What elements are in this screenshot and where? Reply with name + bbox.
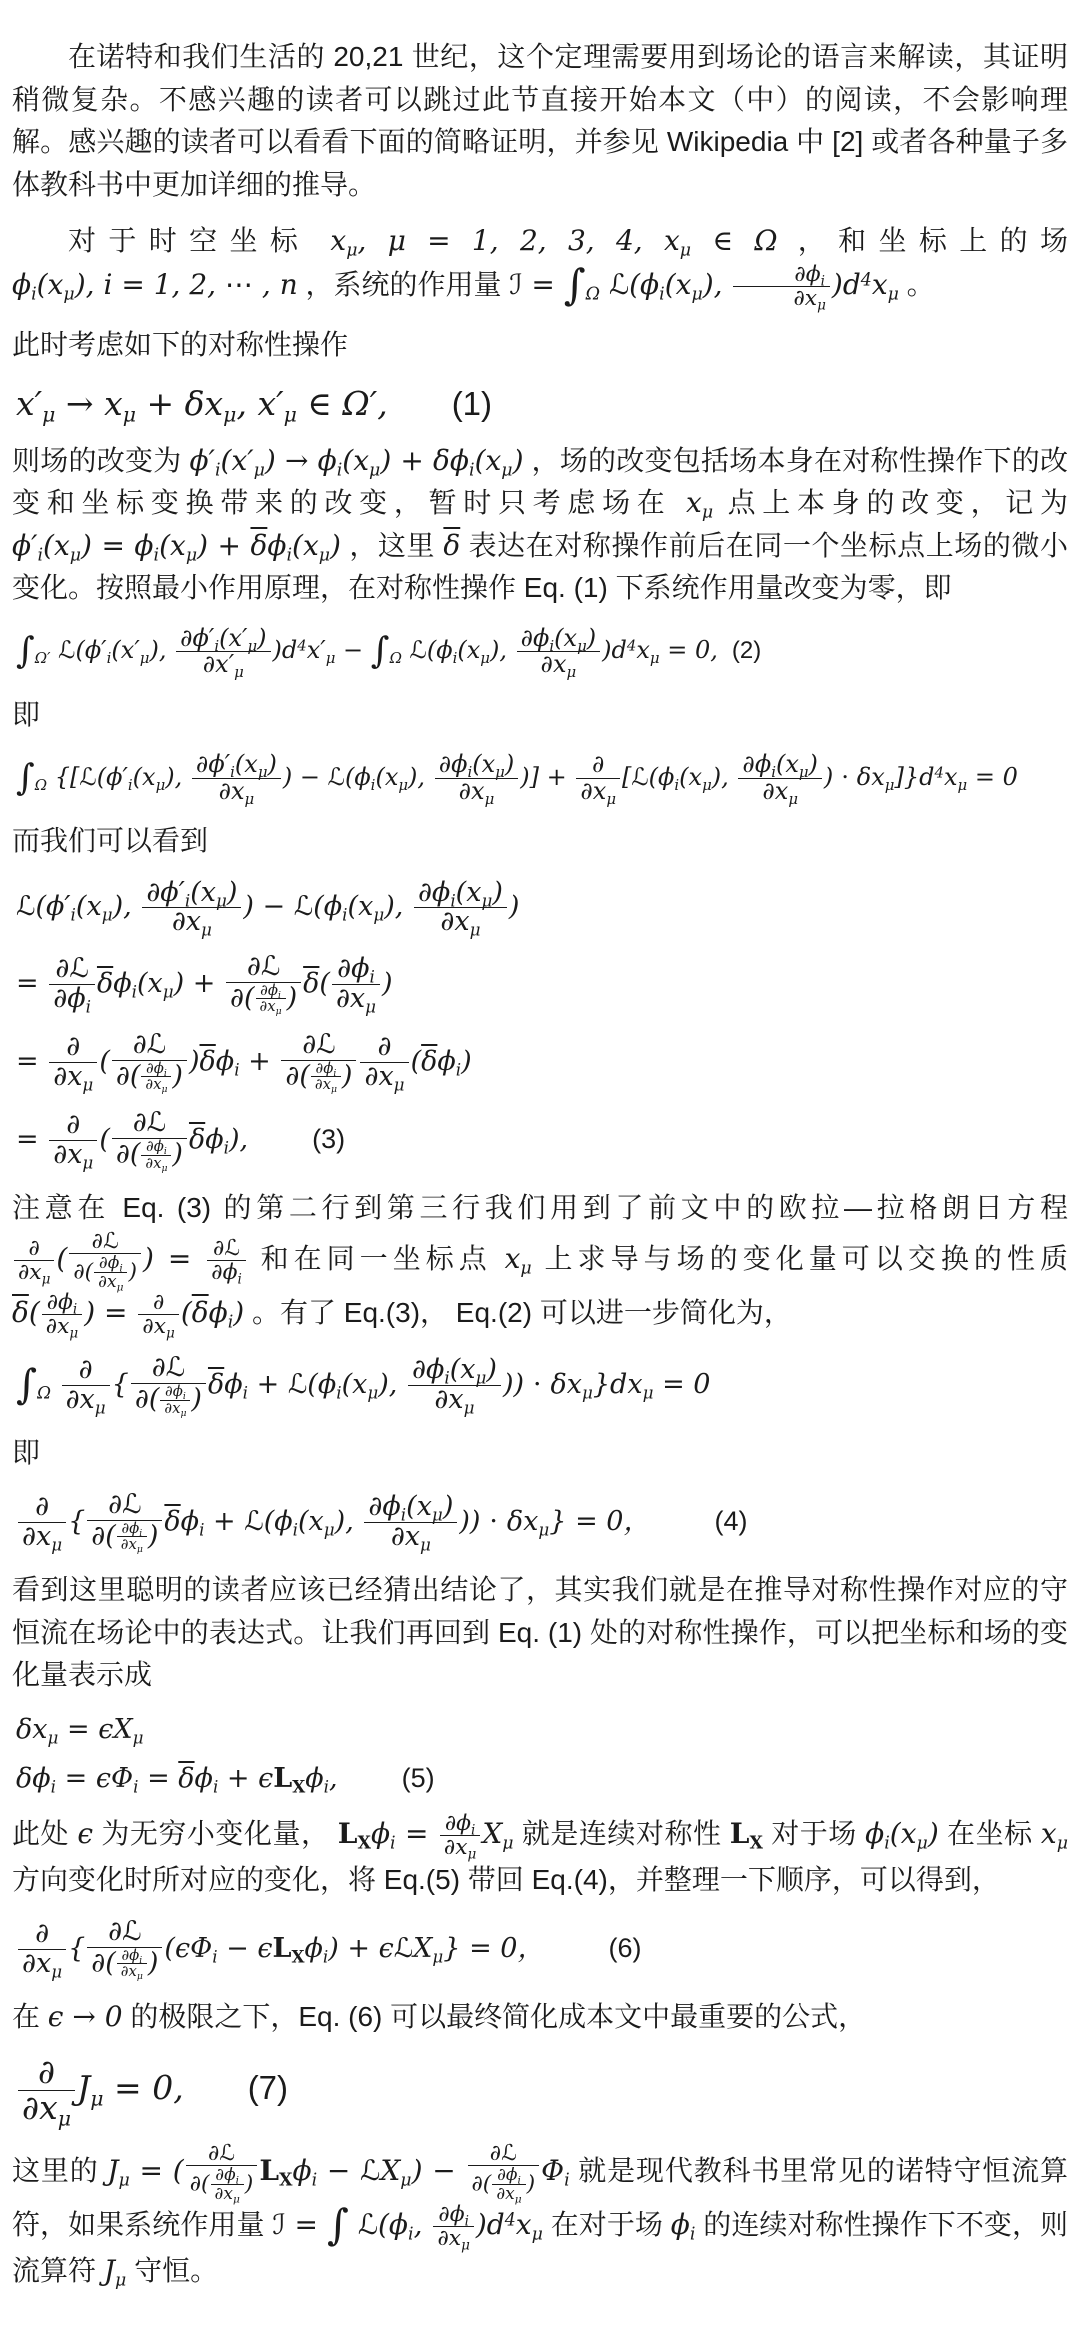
text-run: 这里的	[12, 2155, 107, 2186]
display-equation: ∫Ω {[ℒ(ϕ′i(xμ), ∂ϕ′i(xμ)∂xμ) − ℒ(ϕi(xμ),…	[12, 752, 1068, 804]
paragraph: 注意在 Eq. (3) 的第二行到第三行我们用到了前文中的欧拉—拉格朗日方程 ∂…	[12, 1187, 1068, 1338]
text-run: 。有了 Eq.(3)， Eq.(2) 可以进一步简化为，	[244, 1297, 792, 1328]
equation-number: (3)	[312, 1124, 345, 1154]
display-equation: ∂∂xμ{∂ℒ∂(∂ϕi∂xμ)(ϵΦi − ϵLXϕi) + ϵℒXμ} = …	[12, 1918, 1068, 1980]
equation-line: ∫Ω ∂∂xμ{∂ℒ∂(∂ϕi∂xμ)δϕi + ℒ(ϕi(xμ), ∂ϕi(x…	[12, 1354, 1068, 1416]
inline-math: ϕi(xμ), i = 1, 2, ⋯ , n	[12, 268, 298, 301]
equation-number: (7)	[248, 2069, 288, 2106]
text-run: 和在同一坐标点	[248, 1243, 505, 1274]
text-run: ，和坐标上的场	[778, 225, 1068, 256]
inline-math: ϕ′i(x′μ) → ϕi(xμ) + δϕi(xμ)	[190, 444, 524, 477]
paragraph: 此处 ϵ 为无穷小变化量， LXϕi = ∂ϕi∂xμXμ 就是连续对称性 LX…	[12, 1812, 1068, 1902]
equation-line: ∫Ω {[ℒ(ϕ′i(xμ), ∂ϕ′i(xμ)∂xμ) − ℒ(ϕi(xμ),…	[12, 752, 1068, 804]
paragraph: 即	[12, 1432, 1068, 1475]
text-run: 在	[12, 2001, 48, 2032]
text-run: 对于场	[763, 1818, 865, 1849]
equation-number: (1)	[452, 385, 492, 422]
text-run: 此处	[12, 1818, 77, 1849]
text-run: 在对于场	[543, 2209, 671, 2240]
equation-line: δxμ = ϵXμ	[12, 1713, 1068, 1747]
inline-math: ∫Ω {[ℒ(ϕ′i(xμ), ∂ϕ′i(xμ)∂xμ) − ℒ(ϕi(xμ),…	[16, 763, 1018, 791]
text-run: ，这里	[341, 530, 443, 561]
equation-line: ∂∂xμ{∂ℒ∂(∂ϕi∂xμ)δϕi + ℒ(ϕi(xμ), ∂ϕi(xμ)∂…	[12, 1491, 1068, 1553]
text-run: 上求导与场的变化量可以交换的性质	[532, 1243, 1068, 1274]
text-run: 注意在 Eq. (3) 的第二行到第三行我们用到了前文中的欧拉—拉格朗日方程	[12, 1192, 1068, 1223]
text-run: 此时考虑如下的对称性操作	[12, 329, 348, 360]
paragraph: 这里的 Jμ = (∂ℒ∂(∂ϕi∂xμ)LXϕi − ℒXμ) − ∂ℒ∂(∂…	[12, 2142, 1068, 2293]
text-run: 看到这里聪明的读者应该已经猜出结论了，其实我们就是在推导对称性操作对应的守恒流在…	[12, 1574, 1068, 1690]
display-equation: ∫Ω ∂∂xμ{∂ℒ∂(∂ϕi∂xμ)δϕi + ℒ(ϕi(xμ), ∂ϕi(x…	[12, 1354, 1068, 1416]
inline-math: xμ	[1041, 1817, 1068, 1850]
text-run: 即	[12, 1437, 40, 1468]
text-run: 对于时空坐标	[68, 225, 330, 256]
text-run: 就是连续对称性	[514, 1818, 730, 1849]
inline-math: ∫Ω ∂∂xμ{∂ℒ∂(∂ϕi∂xμ)δϕi + ℒ(ϕi(xμ), ∂ϕi(x…	[16, 1369, 710, 1400]
text-run: 方向变化时所对应的变化，将 Eq.(5) 带回 Eq.(4)，并整理一下顺序，可…	[12, 1864, 1000, 1895]
paragraph: 在诺特和我们生活的 20,21 世纪，这个定理需要用到场论的语言来解读，其证明稍…	[12, 36, 1068, 206]
paragraph: 此时考虑如下的对称性操作	[12, 324, 1068, 367]
inline-math: x′μ → xμ + δxμ, x′μ ∈ Ω′,	[16, 384, 388, 423]
inline-math: ∂∂xμ{∂ℒ∂(∂ϕi∂xμ)δϕi + ℒ(ϕi(xμ), ∂ϕi(xμ)∂…	[16, 1506, 650, 1537]
text-run: 。	[899, 269, 935, 300]
inline-math: xμ	[686, 486, 713, 519]
inline-math: Jμ	[104, 2254, 127, 2287]
inline-math: ℒ(ϕ′i(xμ), ∂ϕ′i(xμ)∂xμ) − ℒ(ϕi(xμ), ∂ϕi(…	[16, 891, 519, 922]
inline-math: LX	[730, 1817, 763, 1850]
inline-math: ∂∂xμ{∂ℒ∂(∂ϕi∂xμ)(ϵΦi − ϵLXϕi) + ϵℒXμ} = …	[16, 1933, 544, 1964]
equation-line: δϕi = ϵΦi = δϕi + ϵLXϕi,(5)	[12, 1762, 1068, 1796]
text-run: 守恒。	[126, 2255, 218, 2286]
text-run: 为无穷小变化量，	[93, 1818, 338, 1849]
inline-math: δ(∂ϕi∂xμ) = ∂∂xμ(δϕi)	[12, 1296, 244, 1329]
article-body: 在诺特和我们生活的 20,21 世纪，这个定理需要用到场论的语言来解读，其证明稍…	[12, 36, 1068, 2293]
inline-math: = ∂ℒ∂ϕiδϕi(xμ) + ∂ℒ∂(∂ϕi∂xμ)δ(∂ϕi∂xμ)	[16, 968, 393, 999]
equation-line: x′μ → xμ + δxμ, x′μ ∈ Ω′,(1)	[12, 383, 1068, 424]
display-equation: x′μ → xμ + δxμ, x′μ ∈ Ω′,(1)	[12, 383, 1068, 424]
paragraph: 看到这里聪明的读者应该已经猜出结论了，其实我们就是在推导对称性操作对应的守恒流在…	[12, 1569, 1068, 1697]
equation-line: = ∂∂xμ(∂ℒ∂(∂ϕi∂xμ))δϕi + ∂ℒ∂(∂ϕi∂xμ)∂∂xμ…	[12, 1031, 1068, 1093]
text-run: 则场的改变为	[12, 445, 190, 476]
inline-math: ℐ = ∫Ω ℒ(ϕi(xμ), ∂ϕi∂xμ)d4xμ	[509, 268, 899, 301]
inline-math: xμ, μ = 1, 2, 3, 4, xμ ∈ Ω	[330, 224, 777, 257]
inline-math: = ∂∂xμ(∂ℒ∂(∂ϕi∂xμ))δϕi + ∂ℒ∂(∂ϕi∂xμ)∂∂xμ…	[16, 1046, 472, 1077]
inline-math: Jμ = (∂ℒ∂(∂ϕi∂xμ)LXϕi − ℒXμ) − ∂ℒ∂(∂ϕi∂x…	[107, 2154, 569, 2187]
inline-math: = ∂∂xμ(∂ℒ∂(∂ϕi∂xμ)δϕi),	[16, 1124, 248, 1155]
text-run: 在诺特和我们生活的 20,21 世纪，这个定理需要用到场论的语言来解读，其证明稍…	[12, 41, 1068, 200]
equation-group: ℒ(ϕ′i(xμ), ∂ϕ′i(xμ)∂xμ) − ℒ(ϕi(xμ), ∂ϕi(…	[12, 879, 1068, 1171]
text-run: 点上本身的改变，记为	[713, 487, 1068, 518]
paragraph: 即	[12, 694, 1068, 737]
text-run: 在坐标	[939, 1818, 1041, 1849]
inline-math: ℐ = ∫ ℒ(ϕi, ∂ϕi∂xμ)d4xμ	[272, 2208, 542, 2241]
article-page: 在诺特和我们生活的 20,21 世纪，这个定理需要用到场论的语言来解读，其证明稍…	[0, 0, 1080, 2347]
inline-math: ∫Ω′ ℒ(ϕ′i(x′μ), ∂ϕ′i(x′μ)∂x′μ)d4x′μ − ∫Ω…	[16, 636, 718, 664]
text-run: 即	[12, 699, 40, 730]
inline-math: ϕ′i(xμ) = ϕi(xμ) + δϕi(xμ)	[12, 529, 341, 562]
inline-math: ϵ	[77, 1817, 93, 1850]
inline-math: ∂∂xμ(∂ℒ∂(∂ϕi∂xμ)) = ∂ℒ∂ϕi	[12, 1242, 248, 1275]
paragraph: 对于时空坐标 xμ, μ = 1, 2, 3, 4, xμ ∈ Ω ，和坐标上的…	[12, 220, 1068, 310]
inline-math: LXϕi = ∂ϕi∂xμXμ	[338, 1817, 514, 1850]
inline-math: xμ	[505, 1242, 532, 1275]
equation-line: ℒ(ϕ′i(xμ), ∂ϕ′i(xμ)∂xμ) − ℒ(ϕi(xμ), ∂ϕi(…	[12, 879, 1068, 937]
inline-math: ϕi(xμ)	[865, 1817, 939, 1850]
equation-number: (5)	[402, 1763, 435, 1793]
equation-line: ∫Ω′ ℒ(ϕ′i(x′μ), ∂ϕ′i(x′μ)∂x′μ)d4x′μ − ∫Ω…	[12, 626, 1068, 678]
equation-line: ∂∂xμ{∂ℒ∂(∂ϕi∂xμ)(ϵΦi − ϵLXϕi) + ϵℒXμ} = …	[12, 1918, 1068, 1980]
text-run: 的极限之下，Eq. (6) 可以最终简化成本文中最重要的公式，	[123, 2001, 867, 2032]
inline-math: ∂∂xμJμ = 0,	[16, 2068, 184, 2107]
inline-math: ϕi	[671, 2208, 696, 2241]
equation-number: (6)	[608, 1933, 641, 1963]
equation-line: = ∂∂xμ(∂ℒ∂(∂ϕi∂xμ)δϕi),(3)	[12, 1109, 1068, 1171]
paragraph: 在 ϵ → 0 的极限之下，Eq. (6) 可以最终简化成本文中最重要的公式，	[12, 1996, 1068, 2039]
inline-math: ϵ → 0	[48, 2000, 123, 2033]
equation-line: = ∂ℒ∂ϕiδϕi(xμ) + ∂ℒ∂(∂ϕi∂xμ)δ(∂ϕi∂xμ)	[12, 953, 1068, 1015]
display-equation: ∫Ω′ ℒ(ϕ′i(x′μ), ∂ϕ′i(x′μ)∂x′μ)d4x′μ − ∫Ω…	[12, 626, 1068, 678]
inline-math: δxμ = ϵXμ	[16, 1714, 143, 1745]
equation-group: δxμ = ϵXμδϕi = ϵΦi = δϕi + ϵLXϕi,(5)	[12, 1713, 1068, 1797]
text-run: ，系统的作用量	[298, 269, 510, 300]
equation-number: (2)	[732, 637, 761, 664]
equation-line: ∂∂xμJμ = 0,(7)	[12, 2055, 1068, 2126]
inline-math: δϕi = ϵΦi = δϕi + ϵLXϕi,	[16, 1763, 338, 1794]
display-equation: ∂∂xμJμ = 0,(7)	[12, 2055, 1068, 2126]
paragraph: 而我们可以看到	[12, 820, 1068, 863]
paragraph: 则场的改变为 ϕ′i(x′μ) → ϕi(xμ) + δϕi(xμ) ，场的改变…	[12, 440, 1068, 610]
text-run: 而我们可以看到	[12, 825, 208, 856]
display-equation: ∂∂xμ{∂ℒ∂(∂ϕi∂xμ)δϕi + ℒ(ϕi(xμ), ∂ϕi(xμ)∂…	[12, 1491, 1068, 1553]
inline-math: δ	[443, 529, 460, 562]
equation-number: (4)	[714, 1506, 747, 1536]
